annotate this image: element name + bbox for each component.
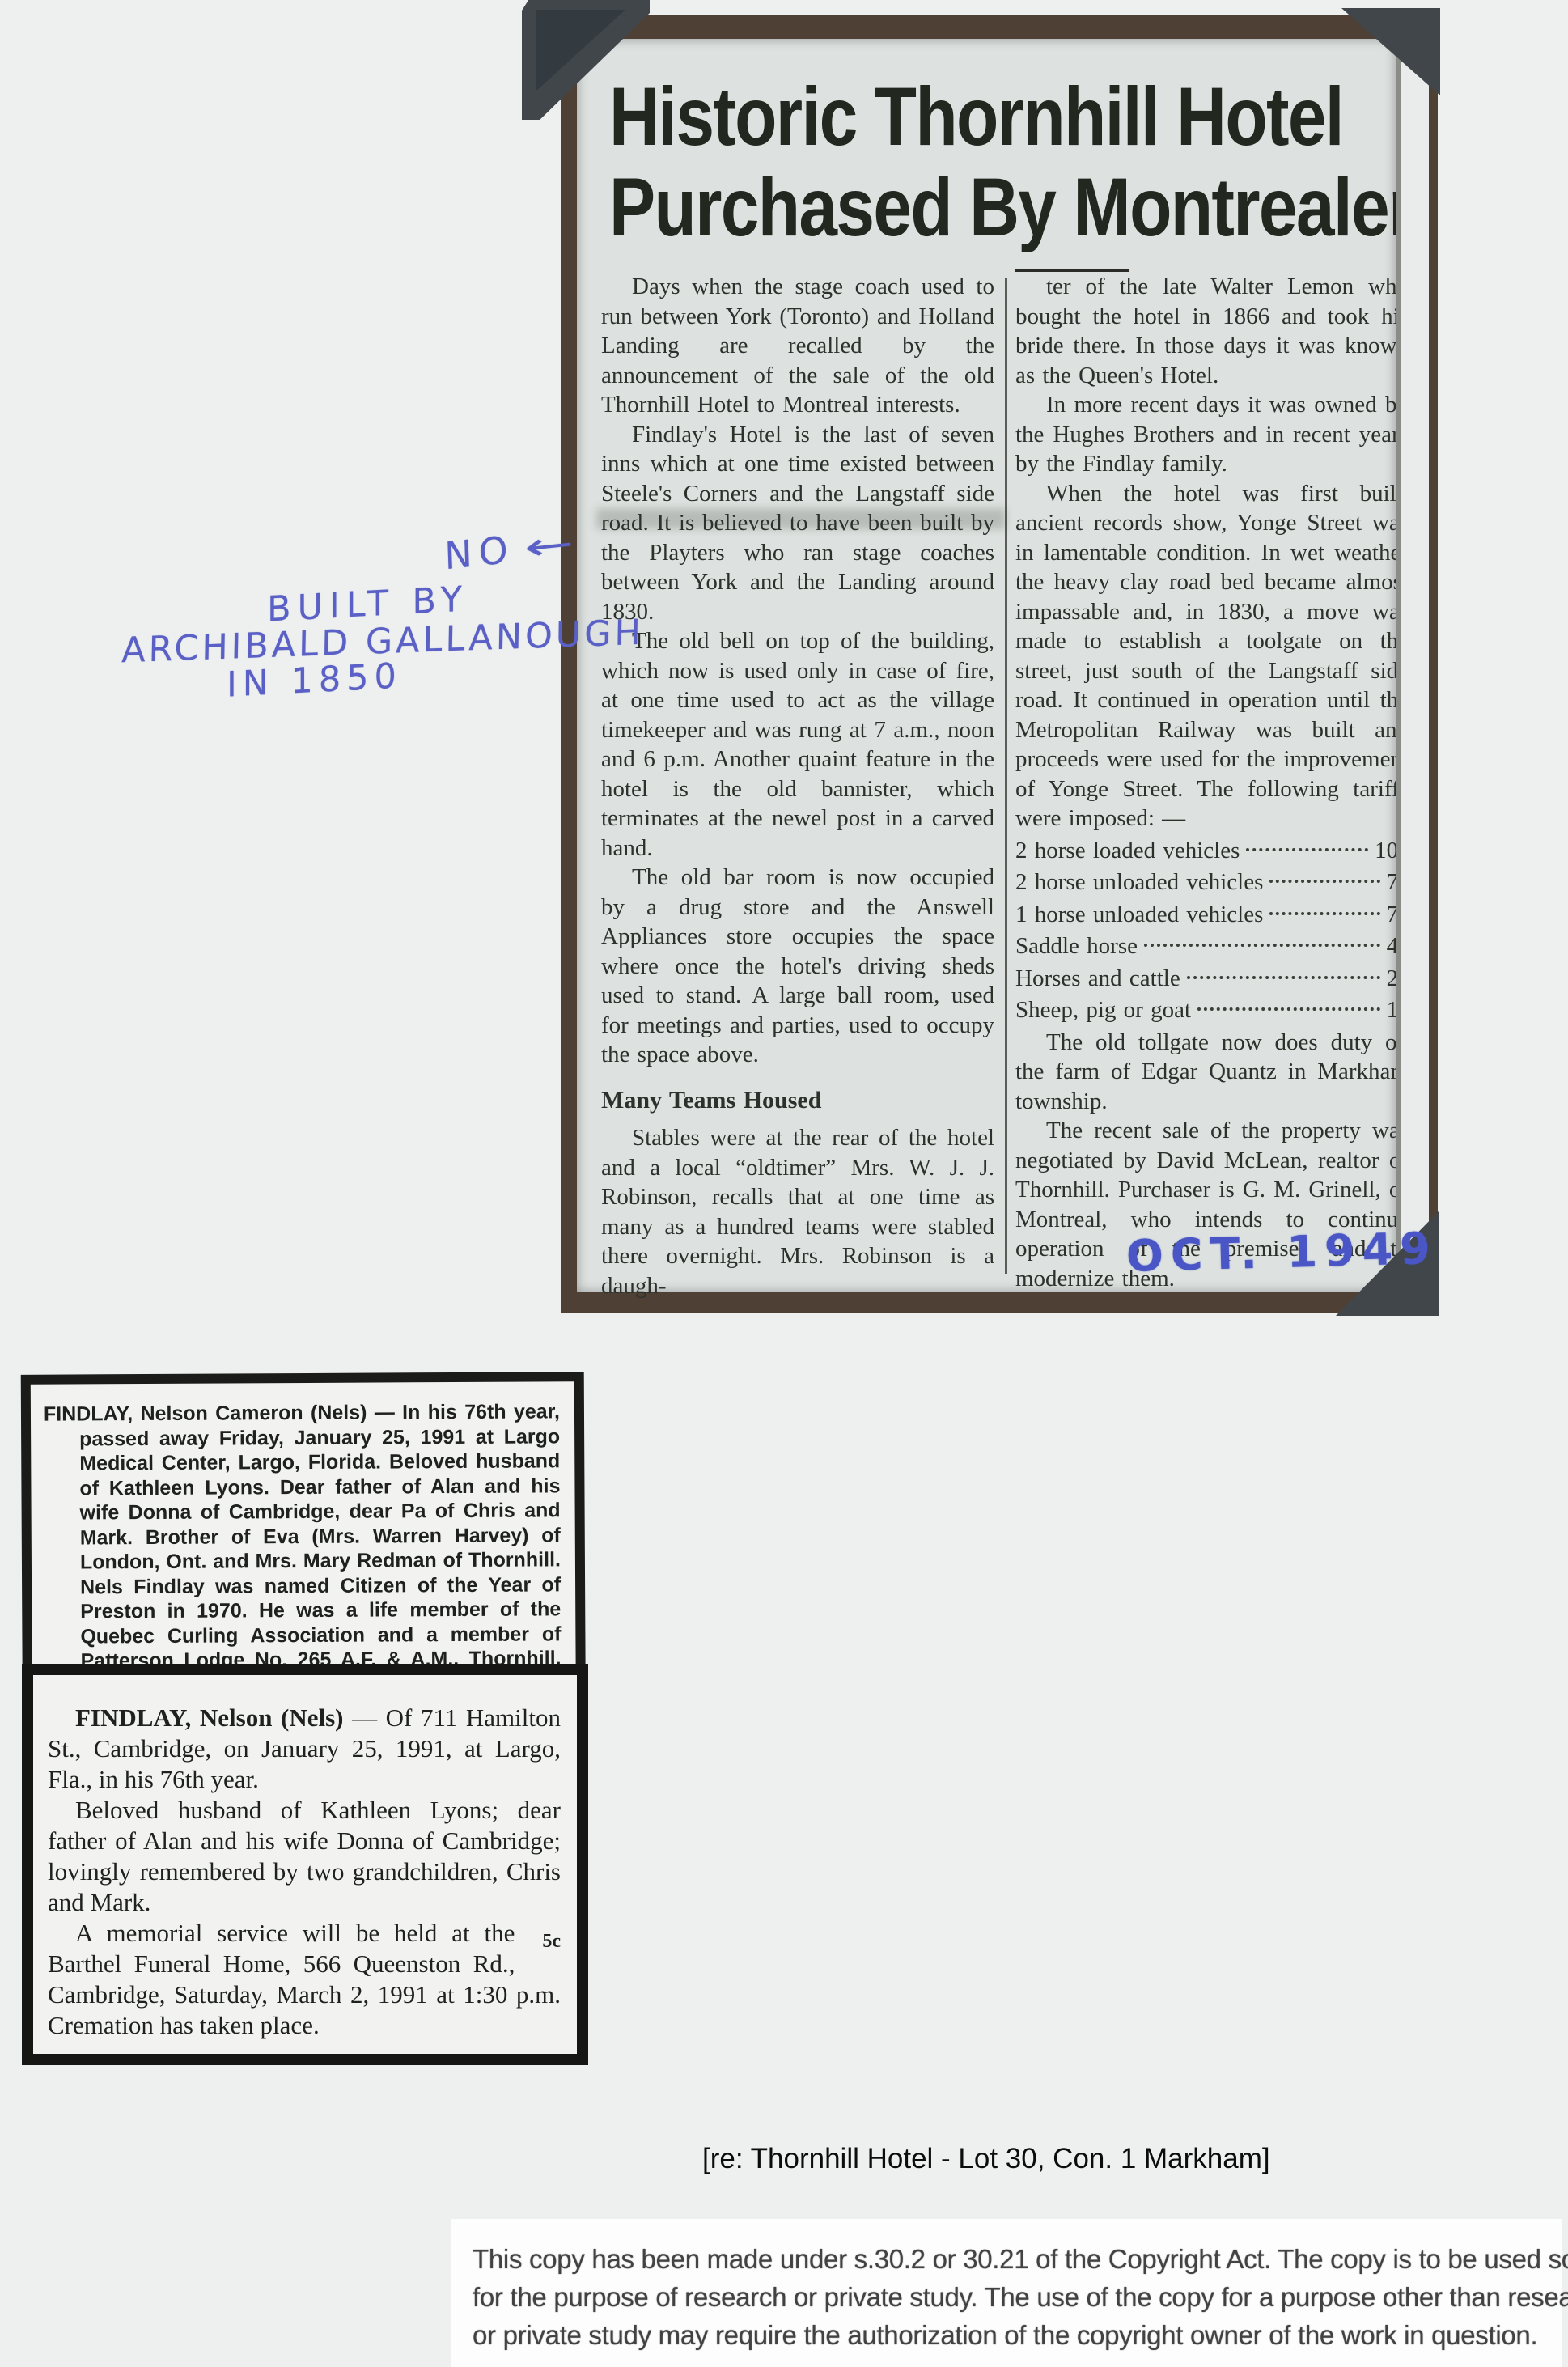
left-arrow-icon: ← — [523, 520, 585, 570]
tariff-row: 1 horse unloaded vehicles 7c — [1015, 900, 1409, 930]
obituary-code: 5c — [515, 1918, 561, 1957]
tariff-label: 1 horse unloaded vehicles — [1015, 900, 1263, 930]
obituary-clipping-2: FINDLAY, Nelson (Nels) — Of 711 Hamilton… — [22, 1664, 588, 2065]
tariff-label: Horses and cattle — [1015, 964, 1180, 994]
tariff-label: 2 horse unloaded vehicles — [1015, 867, 1263, 897]
tariff-row: Saddle horse 4c — [1015, 931, 1409, 961]
article-column-right: ter of the late Walter Lemon who bought … — [1015, 272, 1409, 1293]
obituary-2-paragraph: 5cA memorial service will be held at the… — [48, 1918, 561, 2041]
paragraph: In more recent days it was owned by the … — [1015, 390, 1409, 479]
paragraph: The old bar room is now occupied by a dr… — [601, 863, 994, 1070]
newspaper-clipping: Historic Thornhill Hotel Purchased By Mo… — [577, 39, 1396, 1292]
paragraph: Stables were at the rear of the hotel an… — [601, 1123, 994, 1300]
dot-leader — [1269, 880, 1379, 883]
headline-line-1: Historic Thornhill Hotel — [609, 71, 1275, 162]
paragraph: Days when the stage coach used to run be… — [601, 272, 994, 420]
tariff-row: 2 horse loaded vehicles 10c — [1015, 836, 1409, 866]
dot-leader — [1197, 1007, 1380, 1011]
handwritten-no-note: NO← — [443, 521, 573, 579]
headline-line-2: Purchased By Montrealer — [609, 162, 1275, 252]
dot-leader — [1187, 976, 1380, 979]
copyright-line-1: This copy has been made under s.30.2 or … — [473, 2240, 1562, 2278]
article-subhead: Many Teams Housed — [601, 1086, 994, 1116]
paragraph: When the hotel was first built, ancient … — [1015, 479, 1409, 834]
obituary-2-paragraph: Beloved husband of Kathleen Lyons; dear … — [48, 1795, 561, 1918]
column-divider-rule — [1005, 278, 1007, 1274]
handwritten-built-by-line3: IN 1850 — [227, 655, 402, 705]
obituary-body: A memorial service will be held at the B… — [48, 1919, 561, 2039]
deceased-name: FINDLAY, Nelson Cameron (Nels) — [44, 1402, 367, 1426]
dot-leader — [1269, 912, 1379, 915]
tariff-label: 2 horse loaded vehicles — [1015, 836, 1240, 866]
dot-leader — [1246, 848, 1368, 851]
archive-scan-page: { "colors": { "ink_blue": "#5a60c5", "bo… — [0, 0, 1568, 2367]
tariff-row: Sheep, pig or goat 1c — [1015, 995, 1409, 1025]
deceased-name: FINDLAY, Nelson (Nels) — [75, 1703, 344, 1732]
tariff-label: Saddle horse — [1015, 931, 1138, 961]
paragraph: The old tollgate now does duty on the fa… — [1015, 1028, 1409, 1117]
clipping-mount-board: Historic Thornhill Hotel Purchased By Mo… — [561, 15, 1438, 1313]
article-column-left: Days when the stage coach used to run be… — [601, 272, 994, 1300]
paragraph: The old bell on top of the building, whi… — [601, 626, 994, 863]
tariff-label: Sheep, pig or goat — [1015, 995, 1191, 1025]
copyright-notice: This copy has been made under s.30.2 or … — [451, 2219, 1562, 2367]
archivist-caption: [re: Thornhill Hotel - Lot 30, Con. 1 Ma… — [702, 2143, 1270, 2175]
dot-leader — [1144, 944, 1380, 947]
paragraph: ter of the late Walter Lemon who bought … — [1015, 272, 1409, 390]
obituary-2-paragraph: FINDLAY, Nelson (Nels) — Of 711 Hamilton… — [48, 1703, 561, 1795]
clipping-right-edge — [1396, 39, 1429, 1292]
handwritten-no-text: NO — [443, 527, 515, 578]
paragraph: Findlay's Hotel is the last of seven inn… — [601, 420, 994, 627]
article-headline: Historic Thornhill Hotel Purchased By Mo… — [609, 71, 1402, 252]
handwritten-date-note: OCT. 1949 — [1125, 1223, 1438, 1282]
copyright-line-3: or private study may require the authori… — [473, 2316, 1562, 2354]
tariff-row: 2 horse unloaded vehicles 7c — [1015, 867, 1409, 897]
copyright-line-2: for the purpose of research or private s… — [473, 2278, 1562, 2316]
tariff-row: Horses and cattle 2c — [1015, 964, 1409, 994]
obituary-2-text: FINDLAY, Nelson (Nels) — Of 711 Hamilton… — [33, 1675, 577, 2054]
